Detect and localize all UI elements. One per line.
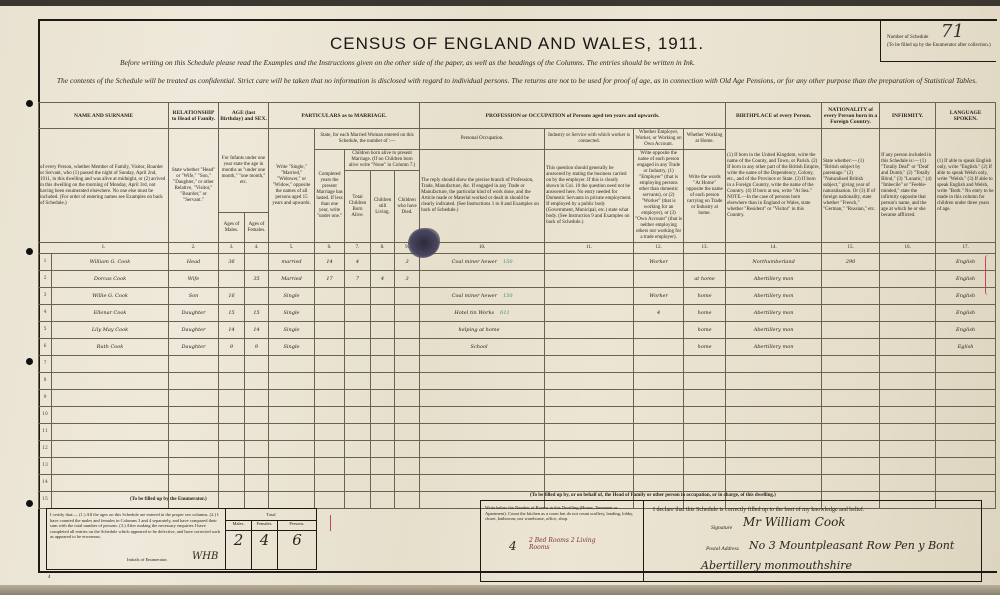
row-number: 7: [39, 356, 52, 373]
females-count: 4: [252, 531, 277, 549]
cell-infirmity: [880, 305, 936, 322]
empty-cell: [684, 390, 726, 407]
total-label: Total: [226, 509, 316, 521]
header-occupation: PROFESSION or OCCUPATION of Persons aged…: [420, 103, 726, 129]
persons-total-cell: Persons. 6: [278, 521, 316, 569]
empty-cell: [395, 356, 420, 373]
empty-cell: [684, 407, 726, 424]
cell-total: 7: [345, 271, 371, 288]
empty-cell: [880, 424, 936, 441]
table-row: 14: [39, 475, 996, 492]
cell-name: Lily May Cook: [52, 322, 169, 339]
cell-infirmity: [880, 271, 936, 288]
empty-cell: [420, 458, 545, 475]
cell-home: [684, 254, 726, 271]
cell-industry: [545, 288, 634, 305]
column-number: 12.: [634, 243, 684, 254]
empty-cell: [269, 492, 315, 509]
cell-rel: Son: [169, 288, 219, 305]
header-name: NAME AND SURNAME: [39, 103, 169, 129]
cell-nationality: 290: [822, 254, 880, 271]
column-number: 5.: [269, 243, 315, 254]
empty-cell: [371, 390, 395, 407]
scan-edge-top: [0, 0, 1000, 6]
row-number: 10: [39, 407, 52, 424]
empty-cell: [420, 441, 545, 458]
females-label: Females.: [252, 521, 277, 531]
row-number: 14: [39, 475, 52, 492]
personal-occupation-description: The reply should show the precise branch…: [420, 150, 545, 243]
empty-cell: [880, 458, 936, 475]
married-woman-description: State, for each Married Woman entered on…: [315, 129, 420, 150]
empty-cell: [371, 492, 395, 509]
empty-cell: [936, 390, 996, 407]
empty-cell: [371, 424, 395, 441]
empty-cell: [634, 356, 684, 373]
empty-cell: [634, 475, 684, 492]
scan-edge-bottom: [0, 585, 1000, 595]
females-total-cell: Females. 4: [252, 521, 278, 569]
empty-cell: [545, 390, 634, 407]
cell-infirmity: [880, 339, 936, 356]
cell-total: [345, 305, 371, 322]
cell-home: home: [684, 322, 726, 339]
column-number: 3.: [219, 243, 245, 254]
cell-female: [245, 288, 269, 305]
empty-cell: [822, 458, 880, 475]
row-number: 1: [39, 254, 52, 271]
empty-cell: [822, 373, 880, 390]
empty-cell: [634, 441, 684, 458]
empty-cell: [684, 475, 726, 492]
empty-cell: [420, 356, 545, 373]
page-number: 4: [48, 575, 51, 580]
empty-cell: [315, 441, 345, 458]
cell-language: Eglish: [936, 339, 996, 356]
empty-cell: [634, 458, 684, 475]
rooms-count: 4: [509, 539, 517, 553]
empty-cell: [315, 373, 345, 390]
cell-died: [395, 339, 420, 356]
occupation-text: Coal miner hewer: [452, 293, 497, 299]
header-infirmity: INFIRMITY.: [880, 103, 936, 129]
column-number: 2.: [169, 243, 219, 254]
empty-cell: [371, 458, 395, 475]
children-total-header: Total Children Born Alive.: [345, 171, 371, 243]
column-number: 6.: [315, 243, 345, 254]
empty-cell: [245, 356, 269, 373]
empty-cell: [420, 424, 545, 441]
punch-hole-icon: [26, 100, 33, 107]
cell-occupation: [420, 271, 545, 288]
empty-cell: [936, 458, 996, 475]
cell-status: Married: [269, 271, 315, 288]
schedule-number: 71: [941, 21, 964, 42]
empty-cell: [936, 407, 996, 424]
signature-label: Signature: [711, 525, 732, 531]
schedule-number-box: Number of Schedule 71 (To be filled up b…: [880, 19, 996, 62]
empty-cell: [245, 424, 269, 441]
row-number: 3: [39, 288, 52, 305]
empty-cell: [420, 407, 545, 424]
empty-cell: [52, 441, 169, 458]
cell-name: Dorcas Cook: [52, 271, 169, 288]
enumerator-certification: I certify that:— (1.) All the ages on th…: [50, 512, 222, 540]
empty-cell: [726, 407, 822, 424]
cell-name: Ellenar Cook: [52, 305, 169, 322]
table-row: 6Ruth CookDaughter99SingleSchoolhomeAber…: [39, 339, 996, 356]
marriage-status-description: Write "Single," "Married," "Widower," or…: [269, 129, 315, 243]
cell-birthplace: Abertillery mon: [726, 322, 822, 339]
empty-cell: [726, 458, 822, 475]
occupation-code: 150: [503, 293, 513, 299]
empty-cell: [269, 475, 315, 492]
empty-cell: [634, 424, 684, 441]
empty-cell: [822, 424, 880, 441]
empty-cell: [345, 390, 371, 407]
table-row: 1William G. CookHead36married1443Coal mi…: [39, 254, 996, 271]
cell-birthplace: Abertillery mon: [726, 271, 822, 288]
row-number: 9: [39, 390, 52, 407]
empty-cell: [726, 356, 822, 373]
empty-cell: [545, 407, 634, 424]
column-number: 13.: [684, 243, 726, 254]
header-language: LANGUAGE SPOKEN.: [936, 103, 996, 129]
cell-home: home: [684, 288, 726, 305]
empty-cell: [245, 458, 269, 475]
empty-cell: [395, 475, 420, 492]
declaration-text: I declare that this Schedule is correctl…: [653, 507, 864, 513]
empty-cell: [245, 373, 269, 390]
empty-cell: [420, 390, 545, 407]
table-row: 12: [39, 441, 996, 458]
cell-employer: [634, 322, 684, 339]
empty-cell: [545, 424, 634, 441]
empty-cell: [219, 424, 245, 441]
enumerator-box: I certify that:— (1.) All the ages on th…: [46, 508, 317, 570]
empty-cell: [52, 458, 169, 475]
cell-industry: [545, 305, 634, 322]
cell-occupation: School: [420, 339, 545, 356]
postal-address-line2: Abertillery monmouthshire: [701, 559, 852, 572]
cell-birthplace: Abertillery mon: [726, 288, 822, 305]
cell-years: 17: [315, 271, 345, 288]
empty-cell: [395, 441, 420, 458]
empty-cell: [420, 475, 545, 492]
age-description: For Infants under one year state the age…: [219, 129, 269, 213]
empty-cell: [219, 441, 245, 458]
occupation-text: Hotel tin Works: [454, 310, 494, 316]
empty-cell: [395, 492, 420, 509]
cell-nationality: [822, 288, 880, 305]
cell-birthplace: Abertillery mon: [726, 339, 822, 356]
column-number: 7.: [345, 243, 371, 254]
table-row: 4Ellenar CookDaughter1515SingleHotel tin…: [39, 305, 996, 322]
empty-cell: [245, 475, 269, 492]
cell-male: 36: [219, 254, 245, 271]
column-number: 8.: [371, 243, 395, 254]
postal-address-line1: No 3 Mountpleasant Row Pen y Bont: [749, 539, 954, 552]
table-row: 3Willie G. CookSon16SingleCoal miner hew…: [39, 288, 996, 305]
empty-cell: [395, 424, 420, 441]
cell-rel: Daughter: [169, 305, 219, 322]
empty-cell: [684, 458, 726, 475]
cell-industry: [545, 339, 634, 356]
confidential-note: The contents of the Schedule will be tre…: [52, 76, 982, 86]
row-number: 2: [39, 271, 52, 288]
row-number: 15: [39, 492, 52, 509]
empty-cell: [936, 441, 996, 458]
cell-male: 16: [219, 288, 245, 305]
cell-years: [315, 305, 345, 322]
header-birthplace: BIRTHPLACE of every Person.: [726, 103, 822, 129]
cell-female: 35: [245, 271, 269, 288]
occupation-code: 611: [500, 310, 510, 316]
cell-died: [395, 322, 420, 339]
empty-cell: [822, 475, 880, 492]
empty-cell: [371, 356, 395, 373]
cell-rel: Daughter: [169, 339, 219, 356]
empty-cell: [345, 475, 371, 492]
empty-cell: [880, 373, 936, 390]
cell-living: [371, 322, 395, 339]
column-number: 17.: [936, 243, 996, 254]
red-pencil-tick: [330, 515, 331, 531]
column-number: 1.: [39, 243, 169, 254]
column-number: 11.: [545, 243, 634, 254]
cell-died: [395, 305, 420, 322]
cell-employer: [634, 271, 684, 288]
cell-male: [219, 271, 245, 288]
punch-hole-icon: [26, 500, 33, 507]
empty-cell: [345, 458, 371, 475]
completed-years-header: Completed years the present Marriage has…: [315, 150, 345, 243]
cell-living: 4: [371, 271, 395, 288]
empty-cell: [545, 356, 634, 373]
cell-male: 9: [219, 339, 245, 356]
occupation-text: helping at home: [459, 327, 500, 333]
cell-birthplace: Abertillery mon: [726, 305, 822, 322]
table-row: 8: [39, 373, 996, 390]
empty-cell: [219, 492, 245, 509]
schedule-number-note: (To be filled up by the Enumerator after…: [887, 43, 992, 48]
header-age: AGE (last Birthday) and SEX.: [219, 103, 269, 129]
empty-cell: [52, 407, 169, 424]
cell-employer: [634, 339, 684, 356]
rooms-instructions: Write below the Number of Rooms in this …: [485, 505, 635, 522]
row-number: 6: [39, 339, 52, 356]
empty-cell: [219, 373, 245, 390]
punch-hole-icon: [26, 358, 33, 365]
cell-total: [345, 288, 371, 305]
empty-cell: [52, 424, 169, 441]
row-number: 4: [39, 305, 52, 322]
empty-cell: [822, 407, 880, 424]
cell-industry: [545, 322, 634, 339]
empty-cell: [169, 475, 219, 492]
empty-cell: [245, 390, 269, 407]
cell-female: [245, 254, 269, 271]
table-row: 13: [39, 458, 996, 475]
row-number: 12: [39, 441, 52, 458]
column-number: 15.: [822, 243, 880, 254]
empty-cell: [219, 458, 245, 475]
empty-cell: [936, 424, 996, 441]
header-relationship: RELATIONSHIP to Head of Family.: [169, 103, 219, 129]
empty-cell: [371, 373, 395, 390]
table-row: 10: [39, 407, 996, 424]
empty-cell: [684, 441, 726, 458]
empty-cell: [395, 458, 420, 475]
empty-cell: [822, 356, 880, 373]
cell-industry: [545, 271, 634, 288]
industry-header: Industry or Service with which worker is…: [545, 129, 634, 150]
cell-infirmity: [880, 288, 936, 305]
empty-cell: [634, 373, 684, 390]
cell-employer: Worker: [634, 254, 684, 271]
empty-cell: [269, 424, 315, 441]
personal-occupation-header: Personal Occupation.: [420, 129, 545, 150]
nationality-description: State whether:— (1) "British subject by …: [822, 129, 880, 243]
empty-cell: [169, 407, 219, 424]
header-nationality: NATIONALITY of every Person born in a Fo…: [822, 103, 880, 129]
empty-cell: [880, 407, 936, 424]
males-label: Males.: [226, 521, 251, 531]
industry-description: This question should generally be answer…: [545, 150, 634, 243]
empty-cell: [315, 492, 345, 509]
empty-cell: [936, 356, 996, 373]
empty-cell: [822, 441, 880, 458]
cell-nationality: [822, 305, 880, 322]
empty-cell: [726, 475, 822, 492]
cell-name: Willie G. Cook: [52, 288, 169, 305]
empty-cell: [345, 356, 371, 373]
empty-cell: [395, 373, 420, 390]
empty-cell: [684, 356, 726, 373]
head-of-family-heading: (To be filled up by, or on behalf of, th…: [530, 493, 776, 498]
cell-nationality: [822, 271, 880, 288]
cell-total: 4: [345, 254, 371, 271]
cell-living: [371, 339, 395, 356]
empty-cell: [269, 458, 315, 475]
row-number: 8: [39, 373, 52, 390]
row-number: 13: [39, 458, 52, 475]
table-row: 5Lily May CookDaughter1414Singlehelping …: [39, 322, 996, 339]
cell-nationality: [822, 322, 880, 339]
employer-header: Whether Employer, Worker, or Working on …: [634, 129, 684, 150]
cell-female: 14: [245, 322, 269, 339]
table-row: 7: [39, 356, 996, 373]
cell-occupation: Coal miner hewer150: [420, 288, 545, 305]
cell-living: [371, 305, 395, 322]
empty-cell: [269, 390, 315, 407]
cell-birthplace: Northumberland: [726, 254, 822, 271]
cell-status: Single: [269, 322, 315, 339]
column-number: 16.: [880, 243, 936, 254]
cell-language: English: [936, 305, 996, 322]
red-pencil-mark: [985, 255, 992, 295]
occupation-text: Coal miner hewer: [452, 259, 497, 265]
cell-home: home: [684, 339, 726, 356]
cell-occupation: Hotel tin Works611: [420, 305, 545, 322]
birthplace-description: (1) If born in the United Kingdom, write…: [726, 129, 822, 243]
children-living-header: Children still Living.: [371, 171, 395, 243]
empty-cell: [726, 390, 822, 407]
ages-males-header: Ages of Males.: [219, 213, 245, 243]
empty-cell: [169, 373, 219, 390]
cell-status: Single: [269, 339, 315, 356]
rooms-note: 2 Bed Rooms 2 Living Rooms: [529, 537, 609, 551]
enumerator-heading: (To be filled up by the Enumerator.): [130, 497, 207, 502]
empty-cell: [245, 492, 269, 509]
empty-cell: [315, 475, 345, 492]
divider: [643, 501, 644, 581]
empty-cell: [684, 424, 726, 441]
empty-cell: [219, 475, 245, 492]
empty-cell: [371, 475, 395, 492]
punch-hole-icon: [26, 248, 33, 255]
cell-years: [315, 288, 345, 305]
empty-cell: [936, 373, 996, 390]
empty-cell: [345, 441, 371, 458]
empty-cell: [634, 407, 684, 424]
occupation-code: 150: [503, 259, 513, 265]
at-home-description: Write the words "At Home" opposite the n…: [684, 150, 726, 243]
empty-cell: [52, 356, 169, 373]
empty-cell: [726, 373, 822, 390]
relationship-description: State whether "Head" or "Wife," "Son," "…: [169, 129, 219, 243]
empty-cell: [395, 390, 420, 407]
empty-cell: [169, 441, 219, 458]
males-total-cell: Males. 2: [226, 521, 252, 569]
cell-years: [315, 322, 345, 339]
cell-employer: 4: [634, 305, 684, 322]
instructions-note: Before writing on this Schedule please r…: [120, 58, 695, 67]
cell-status: Single: [269, 305, 315, 322]
empty-cell: [726, 424, 822, 441]
cell-home: at home: [684, 271, 726, 288]
cell-male: 15: [219, 305, 245, 322]
empty-cell: [880, 441, 936, 458]
cell-status: Single: [269, 288, 315, 305]
cell-died: 3: [395, 271, 420, 288]
cell-male: 14: [219, 322, 245, 339]
employer-description: Write opposite the name of each person e…: [634, 150, 684, 243]
empty-cell: [634, 390, 684, 407]
empty-cell: [371, 407, 395, 424]
cell-home: home: [684, 305, 726, 322]
empty-cell: [219, 407, 245, 424]
cell-total: [345, 339, 371, 356]
initials-label: Initials of Enumerator.: [127, 557, 168, 562]
rooms-and-declaration-box: Write below the Number of Rooms in this …: [480, 500, 982, 582]
empty-cell: [269, 373, 315, 390]
enumerator-initials: WHB: [192, 551, 218, 562]
empty-cell: [371, 441, 395, 458]
cell-occupation: Coal miner hewer150: [420, 254, 545, 271]
cell-status: married: [269, 254, 315, 271]
table-row: 11: [39, 424, 996, 441]
empty-cell: [345, 407, 371, 424]
empty-cell: [52, 373, 169, 390]
signature: Mr William Cook: [743, 515, 846, 529]
cell-years: 14: [315, 254, 345, 271]
cell-infirmity: [880, 254, 936, 271]
cell-infirmity: [880, 322, 936, 339]
empty-cell: [936, 475, 996, 492]
empty-cell: [545, 475, 634, 492]
empty-cell: [420, 373, 545, 390]
